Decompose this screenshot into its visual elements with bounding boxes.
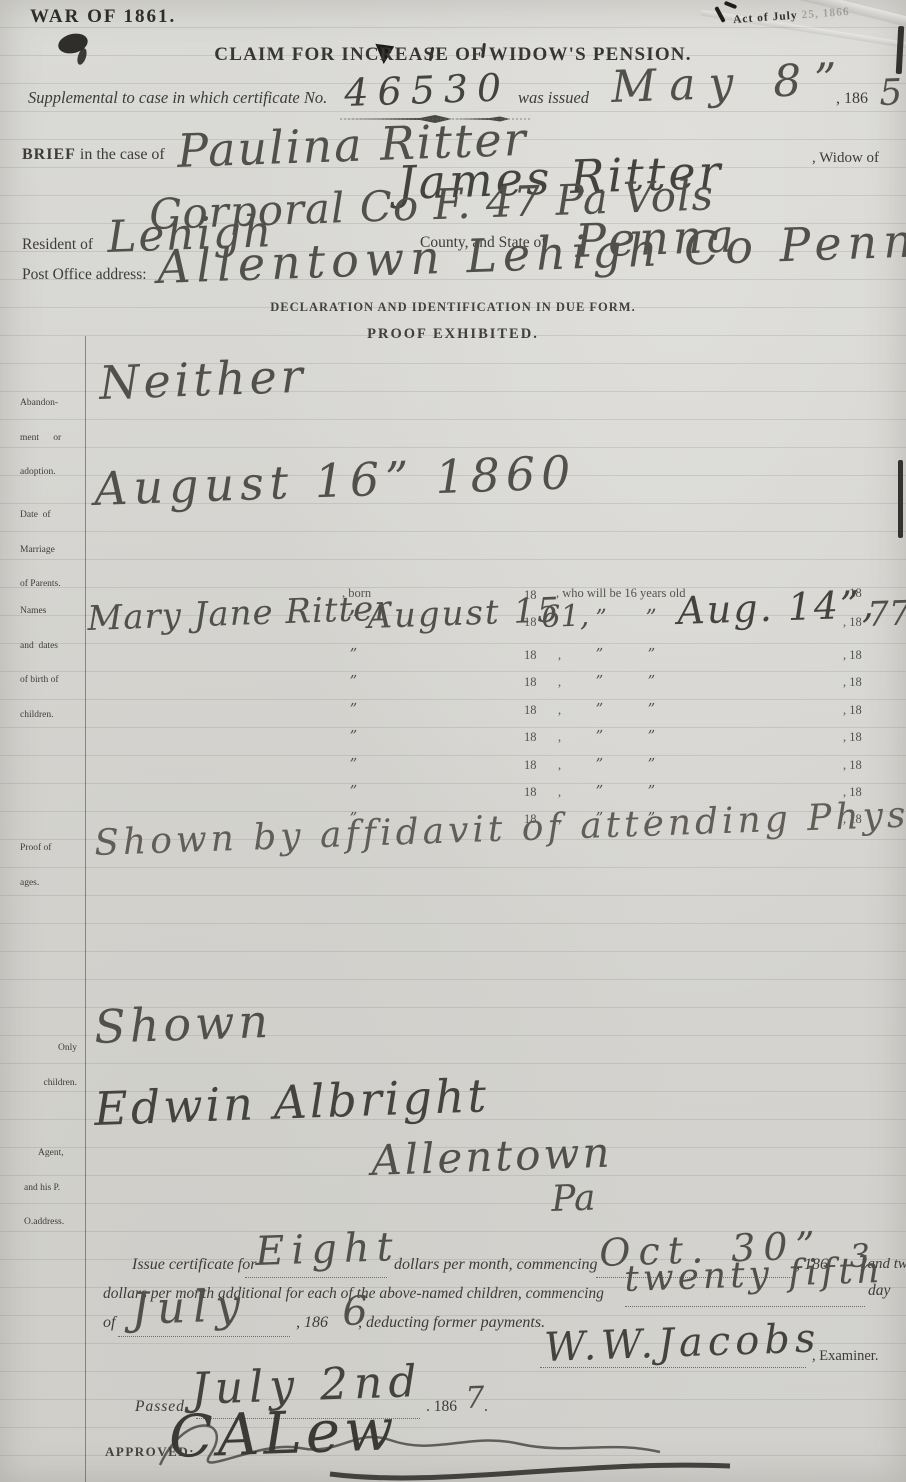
ditto-mark: ” — [595, 702, 603, 717]
ditto-mark: ” — [647, 702, 655, 717]
agent-name-handwriting: Edwin Albright — [93, 1072, 489, 1132]
page-edge-mark — [898, 460, 903, 538]
ditto-mark: ” — [595, 674, 603, 689]
act-of-july-label: Act of July 25, 1866 — [733, 6, 850, 26]
ditto-mark: ” — [595, 756, 603, 771]
widow-of-label: , Widow of — [812, 150, 879, 167]
issue-line3-b: , 186 — [296, 1314, 328, 1332]
ink-mark — [714, 6, 726, 23]
brief-label: BRIEF in the case of — [22, 146, 165, 164]
issue-line1-a: Issue certificate for — [132, 1256, 256, 1274]
ditto-mark: ” — [647, 647, 655, 662]
ditto-mark: ” — [595, 784, 603, 799]
printed-comma: , — [558, 758, 561, 773]
year-186-printed: , 186 — [836, 90, 868, 108]
declaration-heading: DECLARATION AND IDENTIFICATION IN DUE FO… — [0, 300, 906, 315]
child-blank-row: ” 18 , ” ” , 18 — [0, 645, 906, 667]
child-born-18-printed: 18 — [524, 615, 537, 630]
printed-18-right: , 18 — [843, 703, 862, 718]
printed-comma: , — [558, 648, 561, 663]
pension-claim-form: WAR OF 1861. Act of July 25, 1866 CLAIM … — [0, 0, 906, 1482]
resident-of-label: Resident of — [22, 236, 93, 254]
printed-comma: , — [558, 675, 561, 690]
ditto-mark: ” — [349, 674, 357, 689]
amount-line — [245, 1277, 387, 1278]
printed-18: 18 — [524, 730, 537, 745]
abandonment-value-handwriting: Neither — [98, 353, 307, 406]
ditto-mark: ” — [595, 647, 603, 662]
war-of-1861-label: WAR OF 1861. — [30, 6, 176, 28]
ditto-mark: ” — [647, 756, 655, 771]
ditto-mark: ” — [349, 729, 357, 744]
printed-comma: , — [558, 730, 561, 745]
agent-city-handwriting: Allentown — [371, 1132, 614, 1182]
examiner-label: , Examiner. — [812, 1348, 878, 1365]
year-digit-handwriting: 5 — [879, 75, 903, 112]
proof-of-ages-handwriting: Shown by affidavit of attending Physicia… — [94, 794, 906, 862]
printed-18-right: , 18 — [843, 648, 862, 663]
printed-18-right: , 18 — [843, 758, 862, 773]
issue-line3-c: , deducting former payments. — [358, 1314, 545, 1332]
was-issued-label: was issued — [518, 88, 589, 108]
child-ditto: ” — [347, 608, 361, 634]
issue-line1-b: dollars per month, commencing — [394, 1256, 598, 1274]
child-ditto: ” — [595, 608, 607, 630]
certificate-number-handwriting: 46530 — [344, 68, 511, 112]
abandonment-label: Abandon- ment or adoption. — [20, 375, 61, 502]
printed-18: 18 — [524, 703, 537, 718]
act-label-visible: Act of July — [733, 10, 798, 26]
issue-line3-a: of — [103, 1314, 115, 1332]
day-written-handwriting: twenty fifth — [624, 1253, 885, 1298]
child-blank-row: ” 18 , ” ” , 18 — [0, 755, 906, 777]
printed-18: 18 — [524, 785, 537, 800]
child-blank-row: ” 18 , ” ” , 18 — [0, 700, 906, 722]
printed-18: 18 — [524, 758, 537, 773]
ditto-mark: ” — [349, 784, 357, 799]
printed-18-right: , 18 — [843, 675, 862, 690]
child-ditto: ” — [645, 608, 657, 630]
printed-18-right: , 18 — [843, 730, 862, 745]
month-written-handwriting: July — [130, 1284, 248, 1332]
day-written-line — [625, 1306, 865, 1307]
printed-comma: , — [558, 703, 561, 718]
ditto-mark: ” — [349, 647, 357, 662]
marriage-date-handwriting: August 16” 1860 — [93, 449, 577, 512]
child-16yo-18-printed: , 18 — [843, 615, 862, 630]
brief-label-bold: BRIEF — [22, 146, 76, 163]
ditto-mark: ” — [647, 729, 655, 744]
brief-label-rest: in the case of — [76, 146, 165, 163]
month-written-line — [118, 1336, 290, 1337]
printed-18: 18 — [524, 675, 537, 690]
label-column-rule — [85, 336, 86, 1482]
child-16yo-year-handwriting: 77 — [867, 597, 906, 632]
only-children-handwriting: Shown — [93, 998, 272, 1050]
post-office-label: Post Office address: — [22, 266, 147, 284]
child-name-handwriting: Mary Jane Ritter — [87, 591, 392, 636]
examiner-signature-handwriting: W.W.Jacobs — [544, 1318, 821, 1368]
ditto-mark: ” — [349, 756, 357, 771]
supplemental-prefix: Supplemental to case in which certificat… — [28, 88, 327, 108]
printed-comma: , — [558, 785, 561, 800]
issue-line2-b: day — [868, 1282, 890, 1300]
agent-state-handwriting: Pa — [551, 1180, 596, 1218]
ditto-mark: ” — [647, 784, 655, 799]
amount-handwriting: Eight — [255, 1227, 401, 1272]
act-label-faded: 25, 1866 — [801, 6, 850, 21]
proof-of-ages-label: Proof of ages. — [20, 820, 51, 912]
agent-label: Agent, and his P. O.address. — [24, 1125, 64, 1252]
ditto-mark: ” — [595, 729, 603, 744]
child-blank-row: ” 18 , ” ” , 18 — [0, 672, 906, 694]
issued-date-handwriting: May 8” — [610, 58, 850, 110]
ink-mark — [724, 1, 738, 10]
printed-18: 18 — [524, 648, 537, 663]
approved-signature-flourish — [140, 1410, 780, 1482]
child-born-year-handwriting: 61, — [541, 601, 590, 633]
ditto-mark: ” — [349, 702, 357, 717]
child-blank-row: ” 18 , ” ” , 18 — [0, 727, 906, 749]
only-children-label: Only children. — [30, 1020, 77, 1112]
ditto-mark: ” — [647, 674, 655, 689]
proof-exhibited-heading: PROOF EXHIBITED. — [0, 326, 906, 343]
